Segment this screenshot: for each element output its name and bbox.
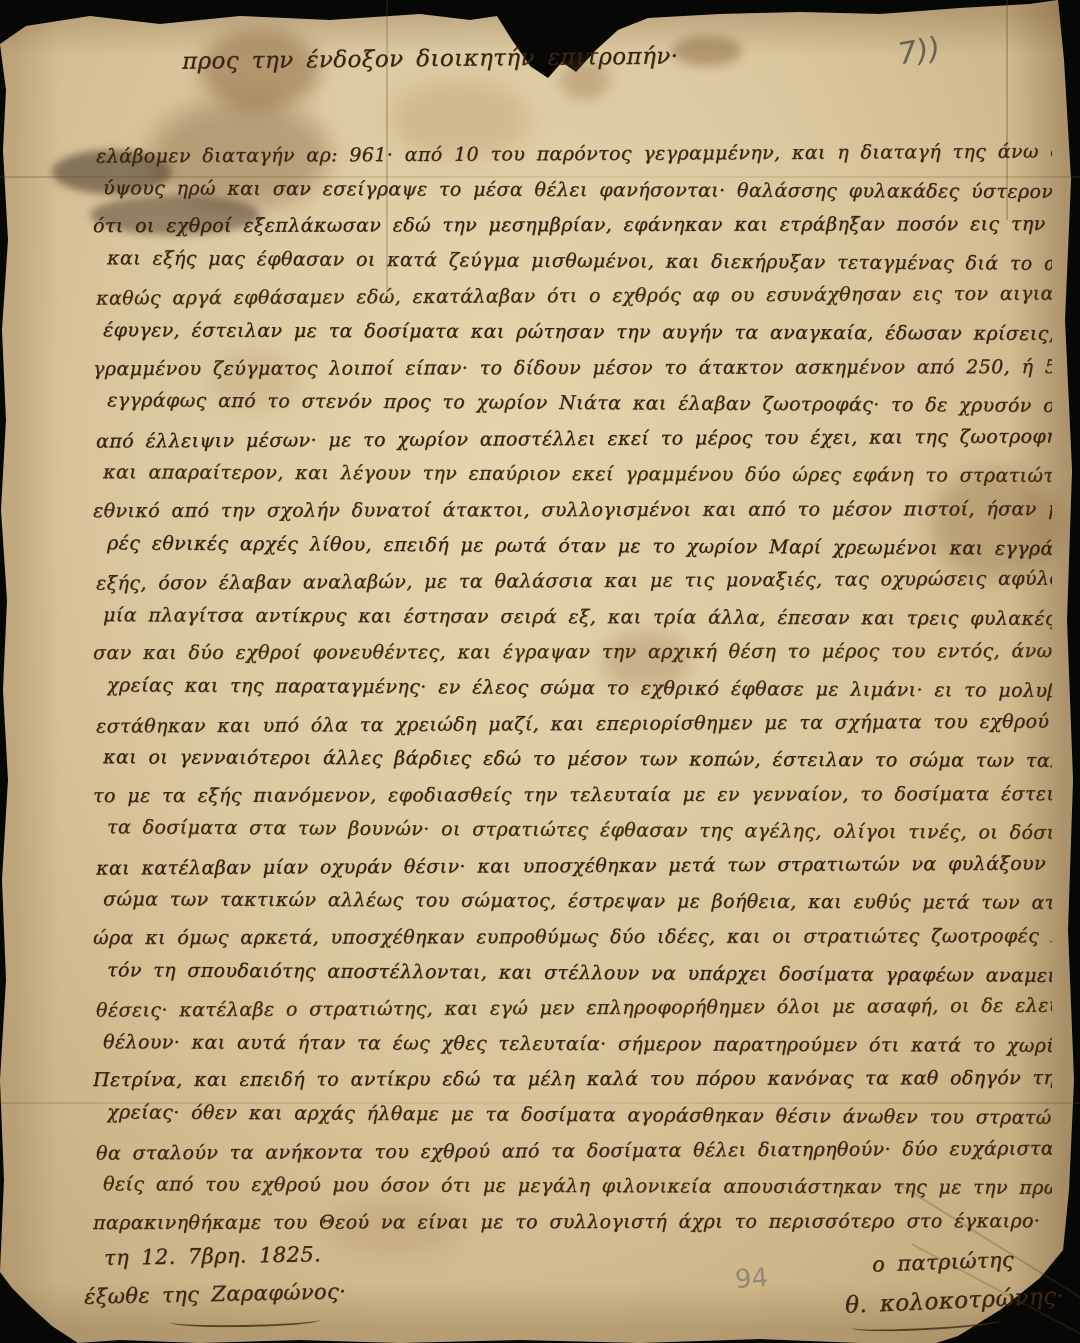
manuscript-line: τα δοσίματα στα των βουνών· οι στρατιώτε…: [107, 810, 1052, 851]
manuscript-line: σαν και δύο εχθροί φονευθέντες, και έγρα…: [93, 634, 1052, 672]
letter-body: ελάβομεν διαταγήν αρ: 961· από 10 του πα…: [96, 137, 1052, 1240]
manuscript-line: και εξής μας έφθασαν οι κατά ζεύγμα μισθ…: [107, 241, 1052, 282]
manuscript-line: θείς από του εχθρού μου όσον ότι με μεγά…: [103, 1167, 1052, 1206]
letter-heading: προς την ένδοξον διοικητήν επιτροπήν·: [182, 43, 678, 74]
manuscript-line: ρές εθνικές αρχές λίθου, επειδή με ρωτά …: [107, 526, 1052, 567]
manuscript-line: το με τα εξής πιανόμενον, εφοδιασθείς τη…: [93, 777, 1052, 815]
manuscript-line: ύψους ηρώ και σαν εσείγραψε το μέσα θέλε…: [103, 171, 1052, 210]
manuscript-line: ώρα κι όμως αρκετά, υποσχέθηκαν ευπροθύμ…: [93, 919, 1052, 957]
manuscript-line: από έλλειψιν μέσων· με το χωρίον αποστέλ…: [96, 419, 1052, 460]
manuscript-line: γραμμένου ζεύγματος λοιποί είπαν· το δίδ…: [93, 350, 1052, 388]
manuscript-line: παρακινηθήκαμε του Θεού να είναι με το σ…: [93, 1204, 1052, 1242]
manuscript-line: θέλουν· και αυτά ήταν τα έως χθες τελευτ…: [103, 1025, 1052, 1064]
manuscript-line: και απαραίτερον, και λέγουν την επαύριον…: [103, 456, 1052, 495]
manuscript-line: και κατέλαβαν μίαν οχυράν θέσιν· και υπο…: [96, 846, 1052, 887]
archival-number-pencil: 7)): [895, 31, 943, 73]
manuscript-line: θα σταλούν τα ανήκοντα του εχθρού από τα…: [96, 1131, 1052, 1172]
archival-number-pencil: 94: [734, 1263, 769, 1295]
scanned-letter-photo: προς την ένδοξον διοικητήν επιτροπήν· 7)…: [0, 0, 1080, 1343]
manuscript-line: θέσεις· κατέλαβε ο στρατιώτης, και εγώ μ…: [96, 989, 1052, 1030]
date-line: τη 12. 7βρη. 1825.: [104, 1242, 321, 1270]
manuscript-line: ότι οι εχθροί εξεπλάκωσαν εδώ την μεσημβ…: [93, 207, 1052, 245]
manuscript-line: τόν τη σπουδαιότης αποστέλλονται, και στ…: [107, 953, 1052, 994]
manuscript-line: και οι γενναιότεροι άλλες βάρδιες εδώ το…: [103, 740, 1052, 779]
sender-title: ο πατριώτης: [872, 1248, 1015, 1277]
manuscript-line: εθνικό από την σχολήν δυνατοί άτακτοι, σ…: [93, 492, 1052, 530]
manuscript-line: εστάθηκαν και υπό όλα τα χρειώδη μαζί, κ…: [96, 704, 1052, 745]
manuscript-line: Πετρίνα, και επειδή το αντίκρυ εδώ τα μέ…: [93, 1061, 1052, 1099]
manuscript-line: χρείας και της παραταγμένης· εν έλεος σώ…: [107, 668, 1052, 709]
manuscript-line: ελάβομεν διαταγήν αρ: 961· από 10 του πα…: [96, 134, 1052, 175]
manuscript-line: χρείας· όθεν και αρχάς ήλθαμε με τα δοσί…: [107, 1095, 1052, 1136]
manuscript-line: μία πλαγίτσα αντίκρυς και έστησαν σειρά …: [103, 598, 1052, 637]
manuscript-line: έφυγεν, έστειλαν με τα δοσίματα και ρώτη…: [103, 313, 1052, 352]
manuscript-line: καθώς αργά εφθάσαμεν εδώ, εκατάλαβαν ότι…: [96, 277, 1052, 318]
manuscript-line: εξής, όσον έλαβαν αναλαβών, με τα θαλάσσ…: [96, 562, 1052, 603]
manuscript-line: σώμα των τακτικών αλλέως του σώματος, έσ…: [103, 883, 1052, 922]
manuscript-line: εγγράφως από το στενόν προς το χωρίον Νι…: [107, 383, 1052, 424]
